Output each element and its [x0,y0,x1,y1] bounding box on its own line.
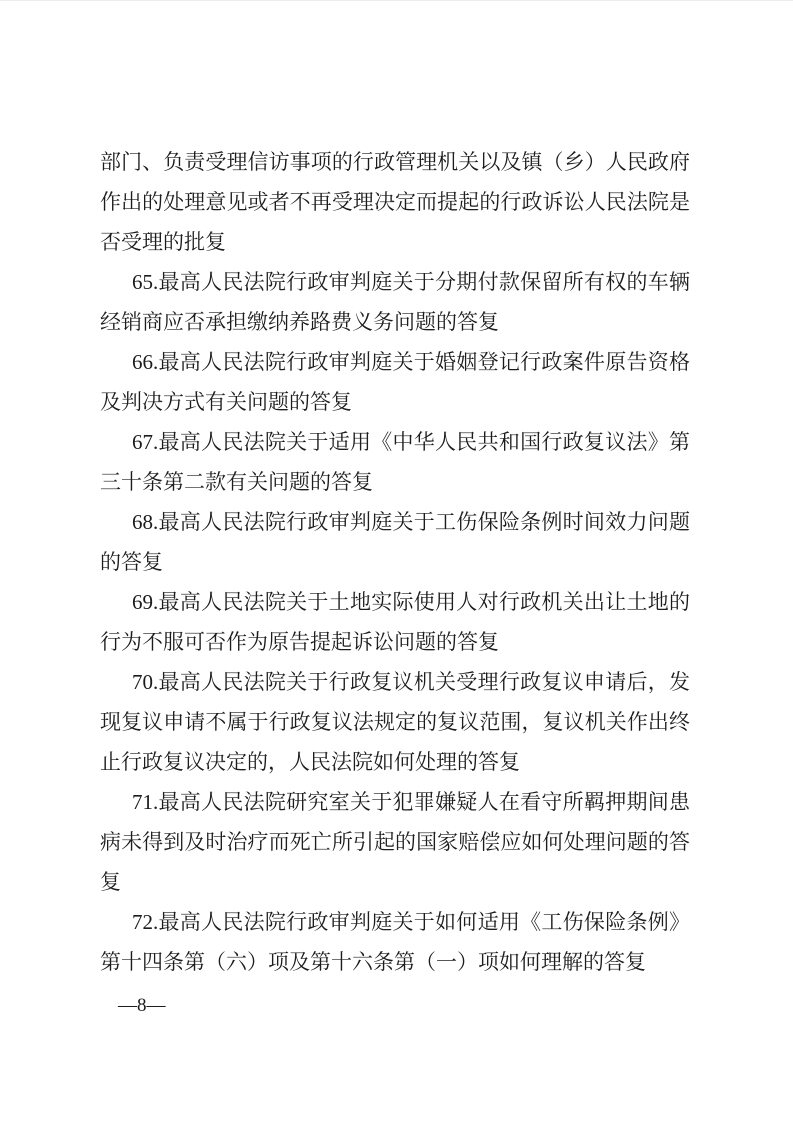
toc-item-71: 71.最高人民法院研究室关于犯罪嫌疑人在看守所羁押期间患病未得到及时治疗而死亡所… [100,782,690,902]
toc-text-block: 部门、负责受理信访事项的行政管理机关以及镇（乡）人民政府作出的处理意见或者不再受… [100,142,690,982]
toc-item-67: 67.最高人民法院关于适用《中华人民共和国行政复议法》第三十条第二款有关问题的答… [100,422,690,502]
page-number: —8— [118,986,166,1026]
toc-item-66: 66.最高人民法院行政审判庭关于婚姻登记行政案件原告资格及判决方式有关问题的答复 [100,342,690,422]
toc-item-65: 65.最高人民法院行政审判庭关于分期付款保留所有权的车辆经销商应否承担缴纳养路费… [100,262,690,342]
toc-item-72: 72.最高人民法院行政审判庭关于如何适用《工伤保险条例》第十四条第（六）项及第十… [100,902,690,982]
toc-item-70: 70.最高人民法院关于行政复议机关受理行政复议申请后，发现复议申请不属于行政复议… [100,662,690,782]
document-page: 部门、负责受理信访事项的行政管理机关以及镇（乡）人民政府作出的处理意见或者不再受… [0,0,793,1122]
toc-item-68: 68.最高人民法院行政审判庭关于工伤保险条例时间效力问题的答复 [100,502,690,582]
paragraph-continuation: 部门、负责受理信访事项的行政管理机关以及镇（乡）人民政府作出的处理意见或者不再受… [100,142,690,262]
toc-item-69: 69.最高人民法院关于土地实际使用人对行政机关出让土地的行为不服可否作为原告提起… [100,582,690,662]
